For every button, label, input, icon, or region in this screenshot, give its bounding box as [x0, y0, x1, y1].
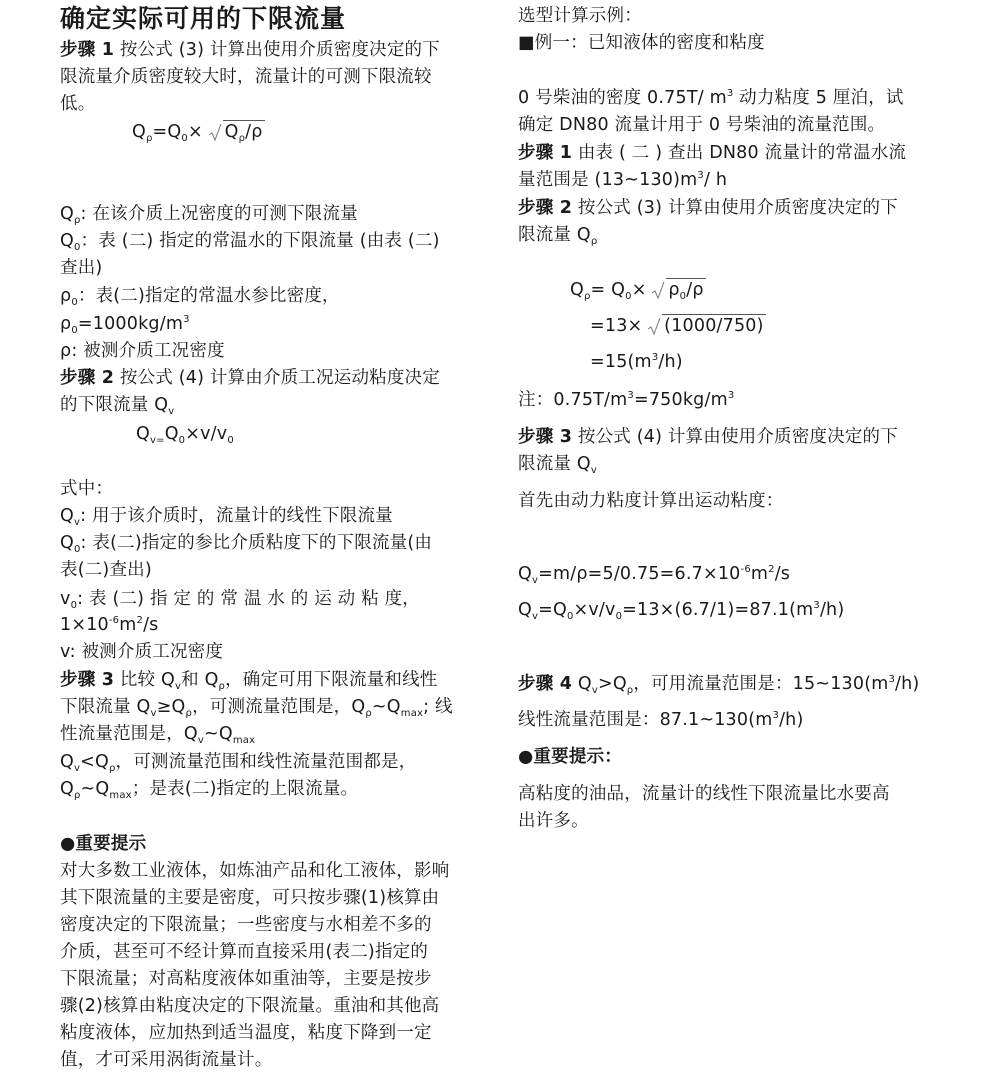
r-tip-heading: ●重要提示： [518, 745, 622, 769]
def-q0-visc-cont: 表(二)查出) [60, 558, 152, 582]
step3-line3: 性流量范围是，Qv~Qmax [60, 722, 255, 746]
step1-label: 步骤 1 [60, 40, 114, 60]
step3-line1: 步骤 3 比较 Qv和 Qρ，确定可用下限流量和线性 [60, 668, 438, 692]
step3-line4: Qv<Qρ，可测流量范围和线性流量范围都是， [60, 750, 416, 774]
r-tip-line: 出许多。 [518, 809, 589, 833]
formula-density: Qρ=Q0× Qρ/ρ [132, 120, 265, 144]
tip-heading: ●重要提示 [60, 832, 146, 856]
tip-line: 介质，甚至可不经计算而直接采用(表二)指定的 [60, 940, 428, 964]
def-q0-cont: 查出) [60, 256, 102, 280]
r-step2-line1: 步骤 2 按公式 (3) 计算由使用介质密度决定的下 [518, 196, 898, 220]
r-step2-line2: 限流量 Qρ [518, 223, 597, 247]
def-rho: ρ: 被测介质工况密度 [60, 339, 225, 363]
r-step1-label: 步骤 1 [518, 143, 572, 163]
sqrt-icon: ρ0/ρ [652, 278, 705, 302]
examples-heading: 选型计算示例： [518, 4, 642, 28]
tip-line: 密度决定的下限流量；一些密度与水相差不多的 [60, 913, 432, 937]
r-step1-line2: 量范围是 (13~130)m3/ h [518, 168, 727, 192]
r-step3-line2: 限流量 Qv [518, 452, 597, 476]
tip-line: 骤(2)核算由粘度决定的下限流量。重油和其他高 [60, 994, 439, 1018]
page-title: 确定实际可用的下限流量 [60, 2, 346, 36]
def-q0: Q0：表 (二) 指定的常温水的下限流量 (由表 (二) [60, 229, 440, 253]
tip-line: 其下限流量的主要是密度，可只按步骤(1)核算由 [60, 886, 439, 910]
tip-line: 粘度液体，应加热到适当温度，粘度下降到一定 [60, 1021, 432, 1045]
linear-range: 线性流量范围是：87.1~130(m3/h) [518, 708, 804, 732]
def-rho0: ρ0：表(二)指定的常温水参比密度， [60, 284, 340, 308]
def-v0-value: 1×10-6m2/s [60, 613, 158, 637]
r-step3-line1: 步骤 3 按公式 (4) 计算由使用介质密度决定的下 [518, 425, 898, 449]
tip-line: 对大多数工业液体，如炼油产品和化工液体，影响 [60, 859, 449, 883]
step1-line2: 限流量介质密度较大时，流量计的可测下限流较 [60, 65, 432, 89]
calc-viscosity-line2: Qv=Q0×v/v0=13×(6.7/1)=87.1(m3/h) [518, 598, 844, 622]
r-tip-line: 高粘度的油品，流量计的线性下限流量比水要高 [518, 782, 890, 806]
step3-line5: Qρ~Qmax；是表(二)指定的上限流量。 [60, 777, 358, 801]
calc-density-line2: =13× (1000/750) [590, 314, 766, 338]
formula-viscosity: Qv=Q0×v/v0 [136, 422, 234, 446]
calc-viscosity-line1: Qv=m/ρ=5/0.75=6.7×10-6m2/s [518, 562, 790, 586]
r-step4-label: 步骤 4 [518, 674, 572, 694]
where-label: 式中： [60, 477, 113, 501]
tip-line: 值，才可采用涡街流量计。 [60, 1048, 272, 1072]
step2-line1: 步骤 2 按公式 (4) 计算由介质工况运动粘度决定 [60, 366, 440, 390]
def-qv: Qv: 用于该介质时，流量计的线性下限流量 [60, 504, 393, 528]
r-step4: 步骤 4 Qv>Qρ，可用流量范围是：15~130(m3/h) [518, 672, 919, 696]
step3-label: 步骤 3 [60, 670, 114, 690]
tip-line: 下限流量；对高粘度液体如重油等，主要是按步 [60, 967, 432, 991]
step2-label: 步骤 2 [60, 368, 114, 388]
step2-line2: 的下限流量 Qv [60, 393, 174, 417]
unit-note: 注：0.75T/m3=750kg/m3 [518, 388, 734, 412]
sqrt-icon: (1000/750) [648, 314, 766, 338]
step3-line2: 下限流量 Qv≥Qρ，可测流量范围是，Qρ~Qmax; 线 [60, 695, 453, 719]
problem-line2: 确定 DN80 流量计用于 0 号柴油的流量范围。 [518, 113, 885, 137]
viscosity-intro: 首先由动力粘度计算出运动粘度： [518, 489, 784, 513]
r-step1-line1: 步骤 1 由表 ( 二 ) 查出 DN80 流量计的常温水流 [518, 141, 906, 165]
def-q0-visc: Q0: 表(二)指定的参比介质粘度下的下限流量(由 [60, 531, 432, 555]
example1-title: ■例一：已知液体的密度和粘度 [518, 31, 765, 55]
r-step2-label: 步骤 2 [518, 198, 572, 218]
def-rho0-value: ρ0=1000kg/m3 [60, 312, 190, 336]
r-step3-label: 步骤 3 [518, 427, 572, 447]
step1-line1: 步骤 1 按公式 (3) 计算出使用介质密度决定的下 [60, 38, 440, 62]
sqrt-icon: Qρ/ρ [209, 120, 265, 144]
calc-density-line3: =15(m3/h) [590, 350, 683, 374]
step1-line3: 低。 [60, 92, 95, 116]
def-v: v: 被测介质工况密度 [60, 640, 223, 664]
calc-density-line1: Qρ= Q0× ρ0/ρ [570, 278, 706, 302]
def-q-rho: Qρ: 在该介质上况密度的可测下限流量 [60, 202, 358, 226]
problem-line1: 0 号柴油的密度 0.75T/ m3 动力粘度 5 厘泊，试 [518, 86, 904, 110]
def-v0: v0: 表 (二) 指 定 的 常 温 水 的 运 动 粘 度， [60, 587, 420, 611]
